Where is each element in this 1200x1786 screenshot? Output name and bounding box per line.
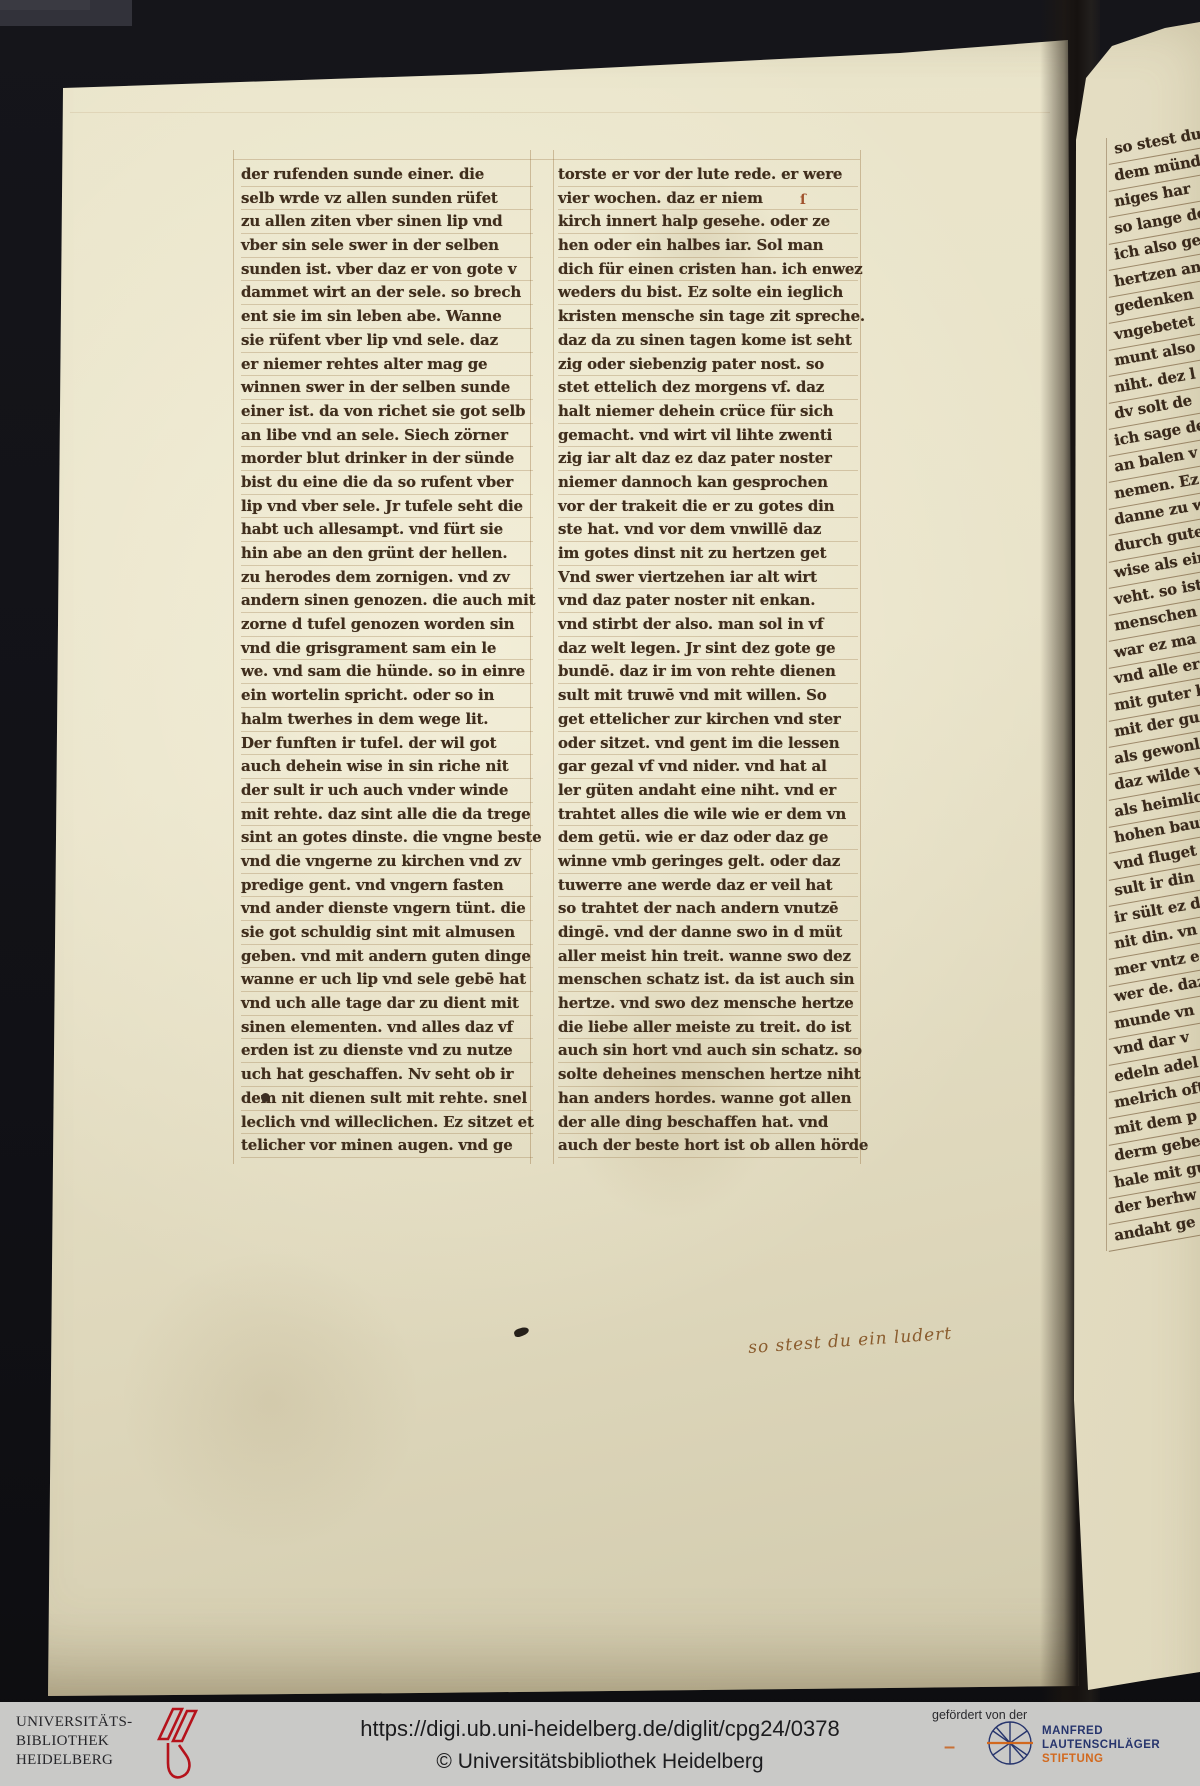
text-column-right: torste er vor der lute rede. er werevier…	[558, 163, 858, 1158]
manuscript-line: vnd die vngerne zu kirchen vnd zv	[241, 850, 533, 874]
manuscript-line: selb wrde vz allen sunden rüfet	[241, 187, 533, 211]
manuscript-line: menschen schatz ist. da ist auch sin	[558, 968, 858, 992]
manuscript-line: kristen mensche sin tage zit spreche.	[558, 305, 858, 329]
manuscript-line: stet ettelich dez morgens vf. daz	[558, 376, 858, 400]
manuscript-line: der alle ding beschaffen hat. vnd	[558, 1111, 858, 1135]
manuscript-line: sunden ist. vber daz er von gote v	[241, 258, 533, 282]
footer-bar: UNIVERSITÄTS- BIBLIOTHEK HEIDELBERG http…	[0, 1702, 1200, 1786]
manuscript-line: sult mit truwē vnd mit willen. So	[558, 684, 858, 708]
manuscript-line: winnen swer in der selben sunde	[241, 376, 533, 400]
manuscript-line: einer ist. da von richet sie got selb	[241, 400, 533, 424]
manuscript-line: we. vnd sam die hünde. so in einre	[241, 660, 533, 684]
manuscript-line: vier wochen. daz er niem	[558, 187, 858, 211]
manuscript-line: bist du eine die da so rufent vber	[241, 471, 533, 495]
manuscript-line: hin abe an den grünt der hellen.	[241, 542, 533, 566]
manuscript-line: lip vnd vber sele. Jr tufele seht die	[241, 495, 533, 519]
manuscript-line: solte deheines menschen hertze niht	[558, 1063, 858, 1087]
manuscript-line: halt niemer dehein crüce für sich	[558, 400, 858, 424]
funder-name-line: STIFTUNG	[1042, 1752, 1160, 1766]
manuscript-line: halm twerhes in dem wege lit.	[241, 708, 533, 732]
manuscript-line: niemer dannoch kan gesprochen	[558, 471, 858, 495]
funder-dash: –	[944, 1736, 955, 1759]
manuscript-line: vnd die grisgrament sam ein le	[241, 637, 533, 661]
manuscript-line: vor der trakeit die er zu gotes din	[558, 495, 858, 519]
manuscript-line: zig iar alt daz ez daz pater noster	[558, 447, 858, 471]
cradle-clamp-edge	[0, 0, 90, 10]
manuscript-line: dem nit dienen sult mit rehte. snel	[241, 1087, 533, 1111]
ink-dot	[261, 1093, 270, 1102]
manuscript-line: sie got schuldig sint mit almusen	[241, 921, 533, 945]
manuscript-line: dingē. vnd der danne swo in d müt	[558, 921, 858, 945]
manuscript-line: ein wortelin spricht. oder so in	[241, 684, 533, 708]
manuscript-line: habt uch allesampt. vnd fürt sie	[241, 518, 533, 542]
manuscript-line: andern sinen genozen. die auch mit	[241, 589, 533, 613]
manuscript-line: Vnd swer viertzehen iar alt wirt	[558, 566, 858, 590]
manuscript-line: leclich vnd willeclichen. Ez sitzet et	[241, 1111, 533, 1135]
funder-name-line: MANFRED	[1042, 1724, 1160, 1738]
manuscript-line: dich für einen cristen han. ich enwez	[558, 258, 858, 282]
column-frame-line	[553, 150, 554, 1164]
manuscript-line: vnd daz pater noster nit enkan.	[558, 589, 858, 613]
manuscript-line: morder blut drinker in der sünde	[241, 447, 533, 471]
manuscript-line: tuwerre ane werde daz er veil hat	[558, 874, 858, 898]
manuscript-line: predige gent. vnd vngern fasten	[241, 874, 533, 898]
manuscript-line: zig oder siebenzig pater nost. so	[558, 353, 858, 377]
digitized-manuscript-screenshot: der rufenden sunde einer. dieselb wrde v…	[0, 0, 1200, 1786]
manuscript-line: an libe vnd an sele. Siech zörner	[241, 424, 533, 448]
manuscript-line: sie rüfent vber lip vnd sele. daz	[241, 329, 533, 353]
manuscript-line: torste er vor der lute rede. er were	[558, 163, 858, 187]
manuscript-line: der rufenden sunde einer. die	[241, 163, 533, 187]
manuscript-line: trahtet alles die wile wie er dem vn	[558, 803, 858, 827]
manuscript-line: hen oder ein halbes iar. Sol man	[558, 234, 858, 258]
ruling-line	[233, 159, 860, 160]
manuscript-line: wanne er uch lip vnd sele gebē hat	[241, 968, 533, 992]
manuscript-line: gar gezal vf vnd nider. vnd hat al	[558, 755, 858, 779]
manuscript-line: daz da zu sinen tagen kome ist seht	[558, 329, 858, 353]
manuscript-line: erden ist zu dienste vnd zu nutze	[241, 1039, 533, 1063]
manuscript-line: dem getü. wie er daz oder daz ge	[558, 826, 858, 850]
manuscript-line: zu allen ziten vber sinen lip vnd	[241, 210, 533, 234]
manuscript-line: auch der beste hort ist ob allen hörde	[558, 1134, 858, 1158]
manuscript-line: zorne d tufel genozen worden sin	[241, 613, 533, 637]
manuscript-line: uch hat geschaffen. Nv seht ob ir	[241, 1063, 533, 1087]
manuscript-line: sinen elementen. vnd alles daz vf	[241, 1016, 533, 1040]
manuscript-line: weders du bist. Ez solte ein ieglich	[558, 281, 858, 305]
manuscript-line: telicher vor minen augen. vnd ge	[241, 1134, 533, 1158]
next-page-text-fragments: so stest du hdem mündeniges harso lange …	[1106, 138, 1200, 1251]
manuscript-line: vnd uch alle tage dar zu dient mit	[241, 992, 533, 1016]
manuscript-line: er niemer rehtes alter mag ge	[241, 353, 533, 377]
manuscript-line: die liebe aller meiste zu treit. do ist	[558, 1016, 858, 1040]
manuscript-line: ent sie im sin leben abe. Wanne	[241, 305, 533, 329]
manuscript-line: oder sitzet. vnd gent im die lessen	[558, 732, 858, 756]
manuscript-line: so trahtet der nach andern vnutzē	[558, 897, 858, 921]
funder-name: MANFRED LAUTENSCHLÄGER STIFTUNG	[1042, 1724, 1160, 1766]
manuscript-line: daz welt legen. Jr sint dez gote ge	[558, 637, 858, 661]
manuscript-line: hertze. vnd swo dez mensche hertze	[558, 992, 858, 1016]
manuscript-line: auch dehein wise in sin riche nit	[241, 755, 533, 779]
manuscript-line: get ettelicher zur kirchen vnd ster	[558, 708, 858, 732]
manuscript-line: ste hat. vnd vor dem vnwillē daz	[558, 518, 858, 542]
rubric-margin-mark: ſ	[800, 192, 806, 208]
column-frame-line	[860, 150, 861, 1164]
manuscript-line: der sult ir uch auch vnder winde	[241, 779, 533, 803]
manuscript-line: aller meist hin treit. wanne swo dez	[558, 945, 858, 969]
manuscript-line: auch sin hort vnd auch sin schatz. so	[558, 1039, 858, 1063]
text-column-left: der rufenden sunde einer. dieselb wrde v…	[241, 163, 533, 1158]
manuscript-line: vnd stirbt der also. man sol in vf	[558, 613, 858, 637]
manuscript-line: sint an gotes dinste. die vngne beste	[241, 826, 533, 850]
stiftung-compass-logo-icon	[984, 1717, 1036, 1774]
manuscript-line: ler güten andaht eine niht. vnd er	[558, 779, 858, 803]
manuscript-line: vber sin sele swer in der selben	[241, 234, 533, 258]
funder-name-line: LAUTENSCHLÄGER	[1042, 1738, 1160, 1752]
manuscript-line: geben. vnd mit andern guten dinge	[241, 945, 533, 969]
manuscript-line: han anders hordes. wanne got allen	[558, 1087, 858, 1111]
manuscript-line: kirch innert halp gesehe. oder ze	[558, 210, 858, 234]
manuscript-line: bundē. daz ir im von rehte dienen	[558, 660, 858, 684]
manuscript-line: winne vmb geringes gelt. oder daz	[558, 850, 858, 874]
column-frame-line	[233, 150, 234, 1164]
parchment-stain	[120, 1250, 420, 1550]
manuscript-line: Der funften ir tufel. der wil got	[241, 732, 533, 756]
manuscript-line: im gotes dinst nit zu hertzen get	[558, 542, 858, 566]
manuscript-line: gemacht. vnd wirt vil lihte zwenti	[558, 424, 858, 448]
manuscript-line: dammet wirt an der sele. so brech	[241, 281, 533, 305]
manuscript-line: mit rehte. daz sint alle die da trege	[241, 803, 533, 827]
manuscript-line: vnd ander dienste vngern tünt. die	[241, 897, 533, 921]
manuscript-line: zu herodes dem zornigen. vnd zv	[241, 566, 533, 590]
ruling-line	[70, 112, 1050, 113]
